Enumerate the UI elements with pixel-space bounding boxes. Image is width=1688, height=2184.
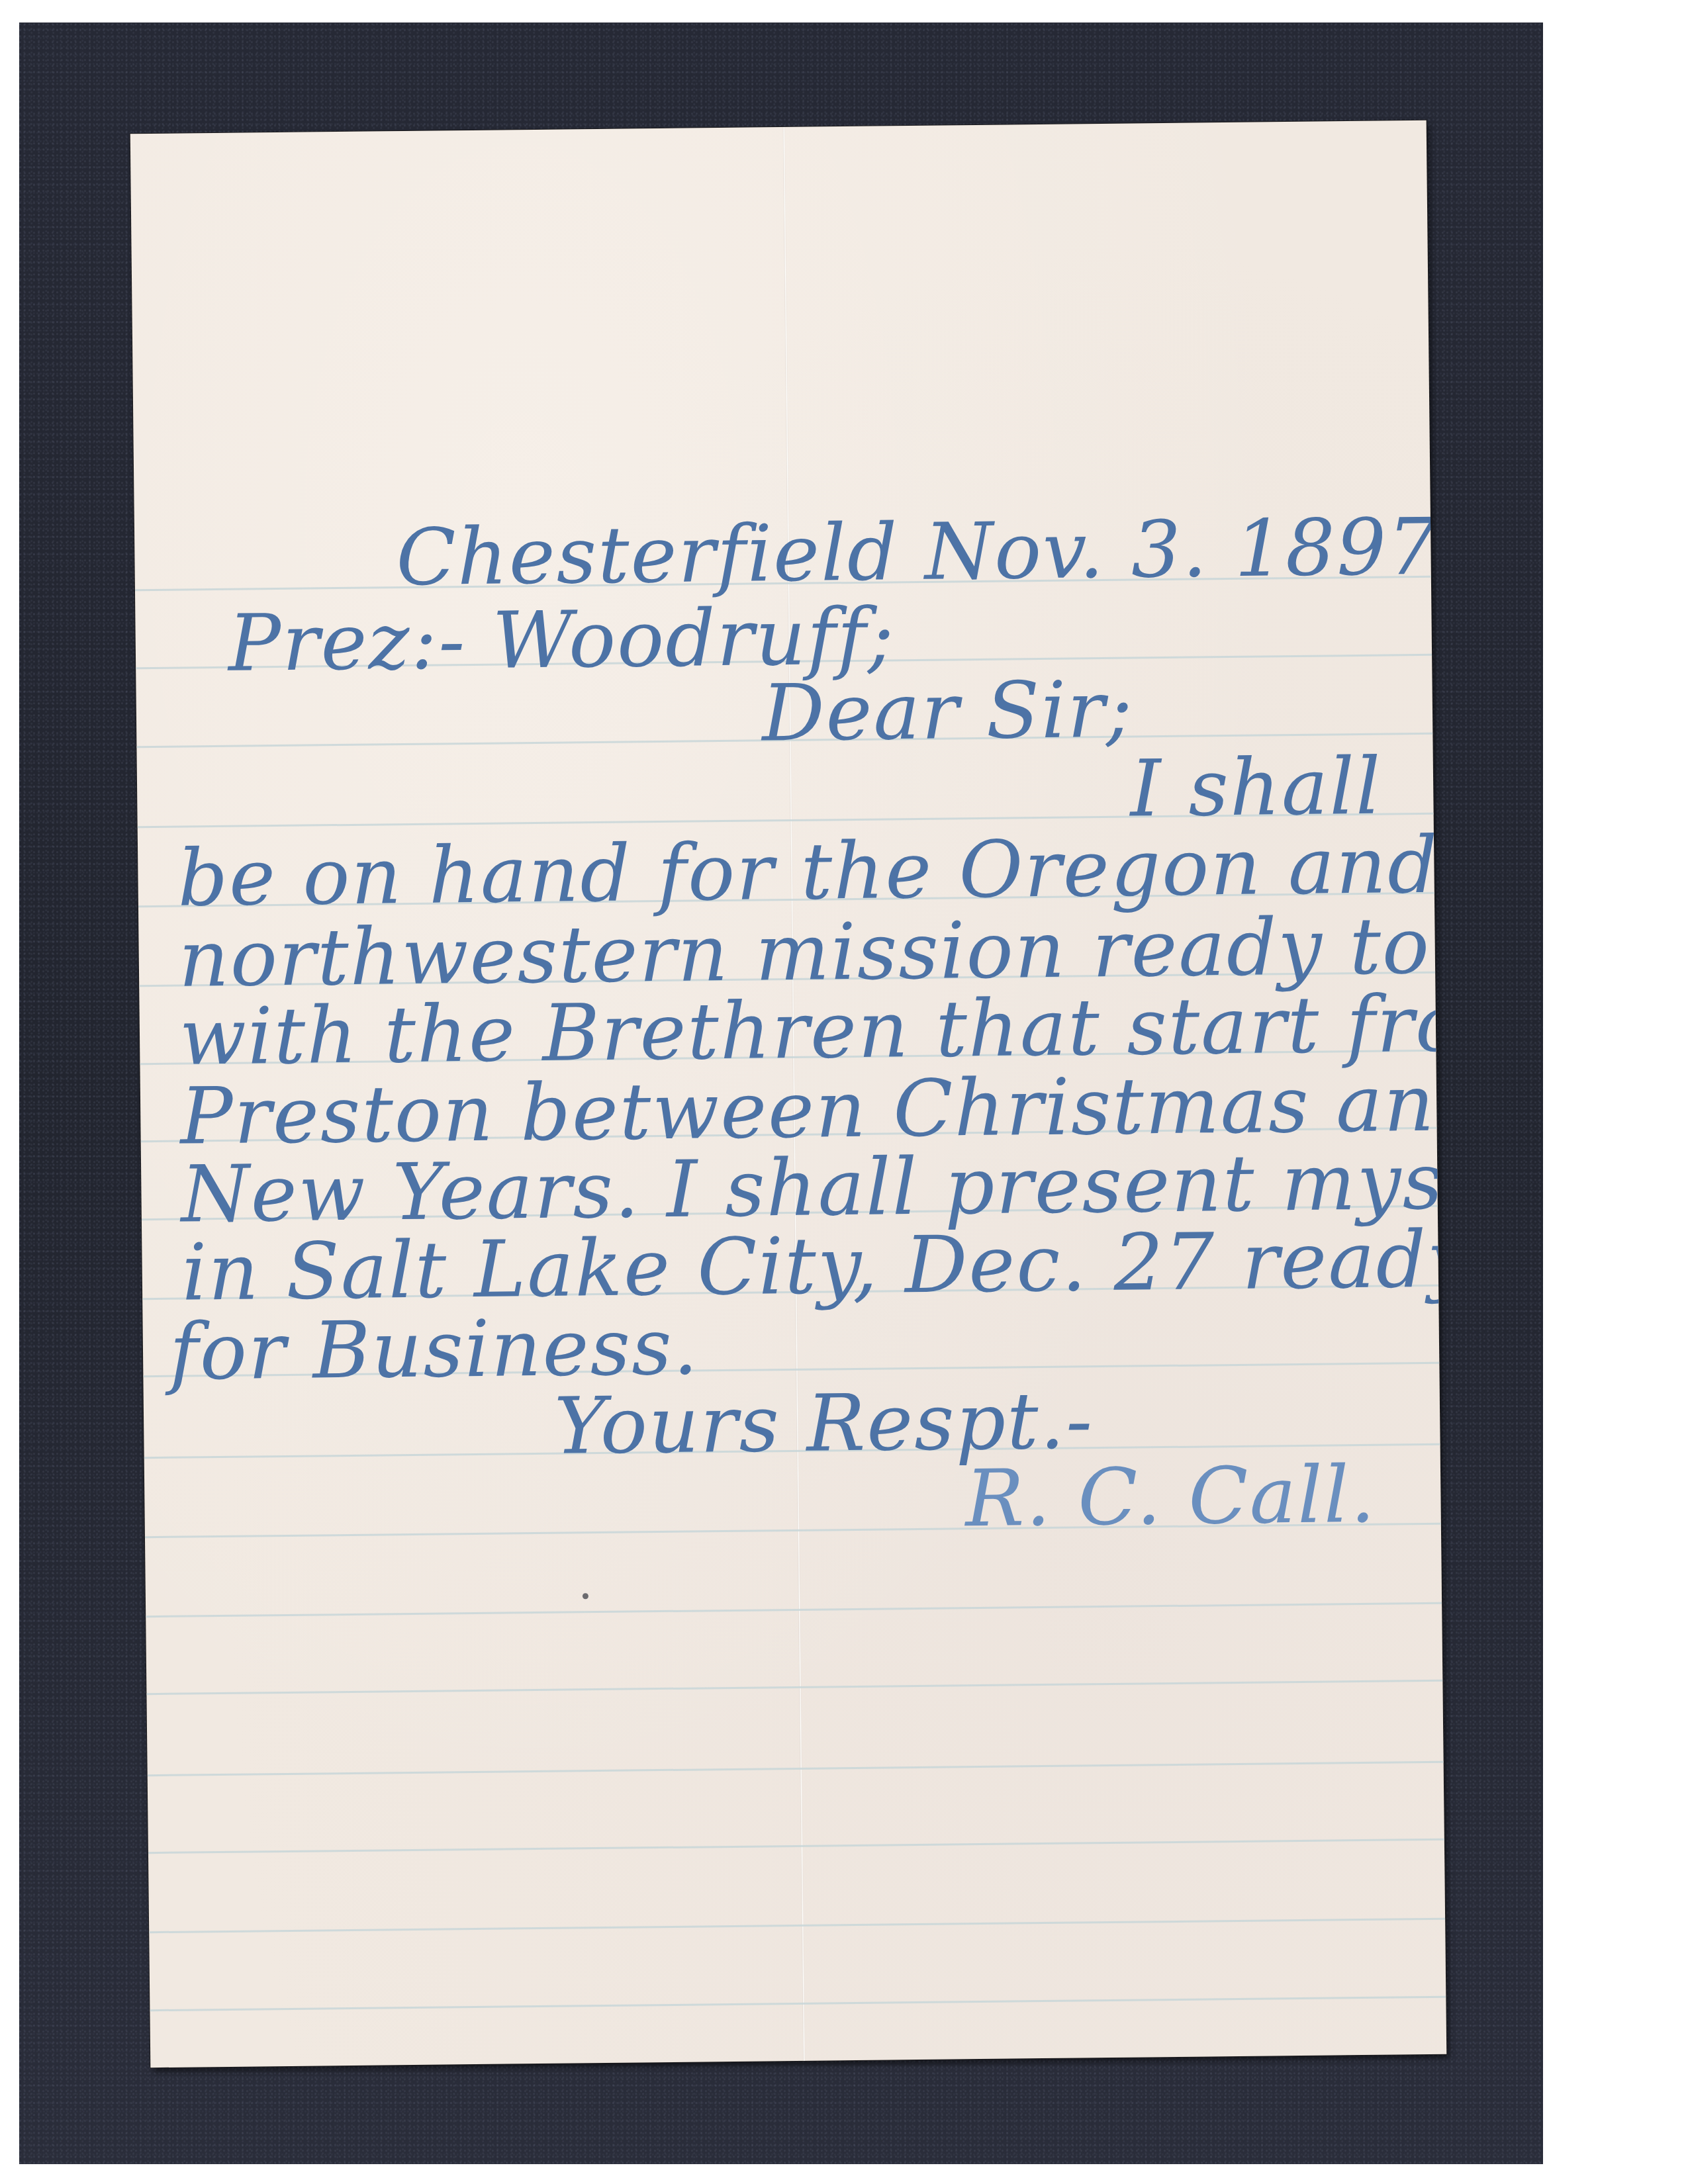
- signature: R. C. Call.: [965, 1455, 1377, 1537]
- ruled-line: [146, 1680, 1442, 1696]
- place-date-line: Chesterfield Nov. 3. 1897: [396, 508, 1439, 596]
- salutation-line: Dear Sir;: [761, 670, 1134, 752]
- ink-speck: [583, 1593, 588, 1599]
- ruled-line: [148, 1839, 1444, 1854]
- letter-sheet: Chesterfield Nov. 3. 1897 Prez:- Woodruf…: [130, 120, 1446, 2068]
- ruled-line: [148, 1761, 1444, 1777]
- ruled-line: [149, 1918, 1445, 1934]
- body-line-7: in Salt Lake City, Dec. 27 ready: [181, 1220, 1446, 1311]
- body-line-8: for Business.: [169, 1307, 699, 1390]
- body-line-1: I shall: [1130, 747, 1383, 828]
- ruled-line: [146, 1602, 1442, 1618]
- ruled-line: [150, 1996, 1446, 2012]
